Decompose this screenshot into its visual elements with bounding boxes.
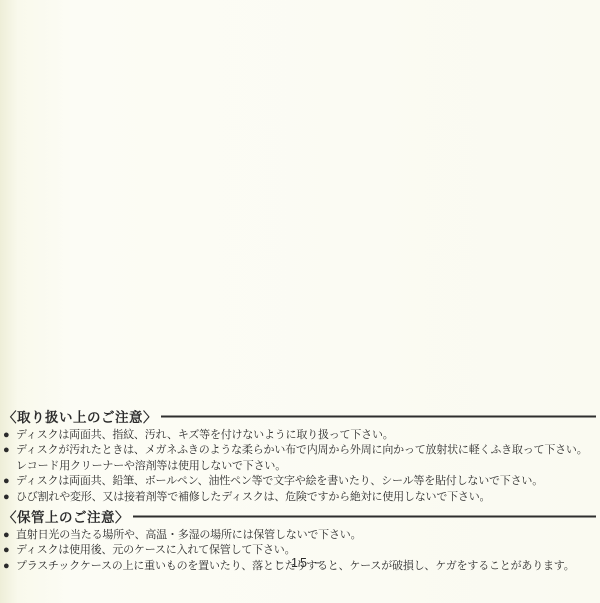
bullet-icon: ● [3,443,16,458]
section-heading-row: 〈取り扱い上のご注意〉 [3,406,597,426]
heading-rule [161,416,596,418]
heading-rule [133,516,596,518]
list-item: ●ひび割れや変形、又は接着剤等で補修したディスクは、危険ですから絶対に使用しない… [3,490,597,505]
list-item-text: ディスクは使用後、元のケースに入れて保管して下さい。 [16,544,295,556]
bullet-icon: ● [3,528,16,543]
manual-page: 〈取り扱い上のご注意〉 ●ディスクは両面共、指紋、汚れ、キズ等を付けないように取… [0,0,600,603]
bullet-icon: ● [3,490,16,505]
section-heading-row: 〈保管上のご注意〉 [3,506,597,526]
section-heading: 〈取り扱い上のご注意〉 [3,406,157,426]
list-item: ●ディスクが汚れたときは、メガネふきのような柔らかい布で内周から外周に向かって放… [3,443,597,474]
list-item: ●ディスクは両面共、鉛筆、ボールペン、油性ペン等で文字や絵を書いたり、シール等を… [3,474,597,489]
bullet-icon: ● [3,428,16,443]
section-heading: 〈保管上のご注意〉 [3,506,129,526]
caution-notes-block: 〈取り扱い上のご注意〉 ●ディスクは両面共、指紋、汚れ、キズ等を付けないように取… [3,406,597,574]
list-item: ●直射日光の当たる場所や、高温・多湿の場所には保管しないで下さい。 [3,528,597,543]
page-number: − 15 − [0,556,600,570]
list-item: ●ディスクは両面共、指紋、汚れ、キズ等を付けないように取り扱って下さい。 [3,428,597,443]
list-item-text: ディスクが汚れたときは、メガネふきのような柔らかい布で内周から外周に向かって放射… [16,444,588,471]
bullet-icon: ● [3,474,16,489]
section-handling-precautions: 〈取り扱い上のご注意〉 ●ディスクは両面共、指紋、汚れ、キズ等を付けないように取… [3,406,597,505]
list-item-text: ディスクは両面共、指紋、汚れ、キズ等を付けないように取り扱って下さい。 [16,429,394,441]
list-item-text: 直射日光の当たる場所や、高温・多湿の場所には保管しないで下さい。 [16,529,361,541]
list-item-text: ひび割れや変形、又は接着剤等で補修したディスクは、危険ですから絶対に使用しないで… [16,491,490,503]
list-item-text: ディスクは両面共、鉛筆、ボールペン、油性ペン等で文字や絵を書いたり、シール等を貼… [16,475,543,487]
